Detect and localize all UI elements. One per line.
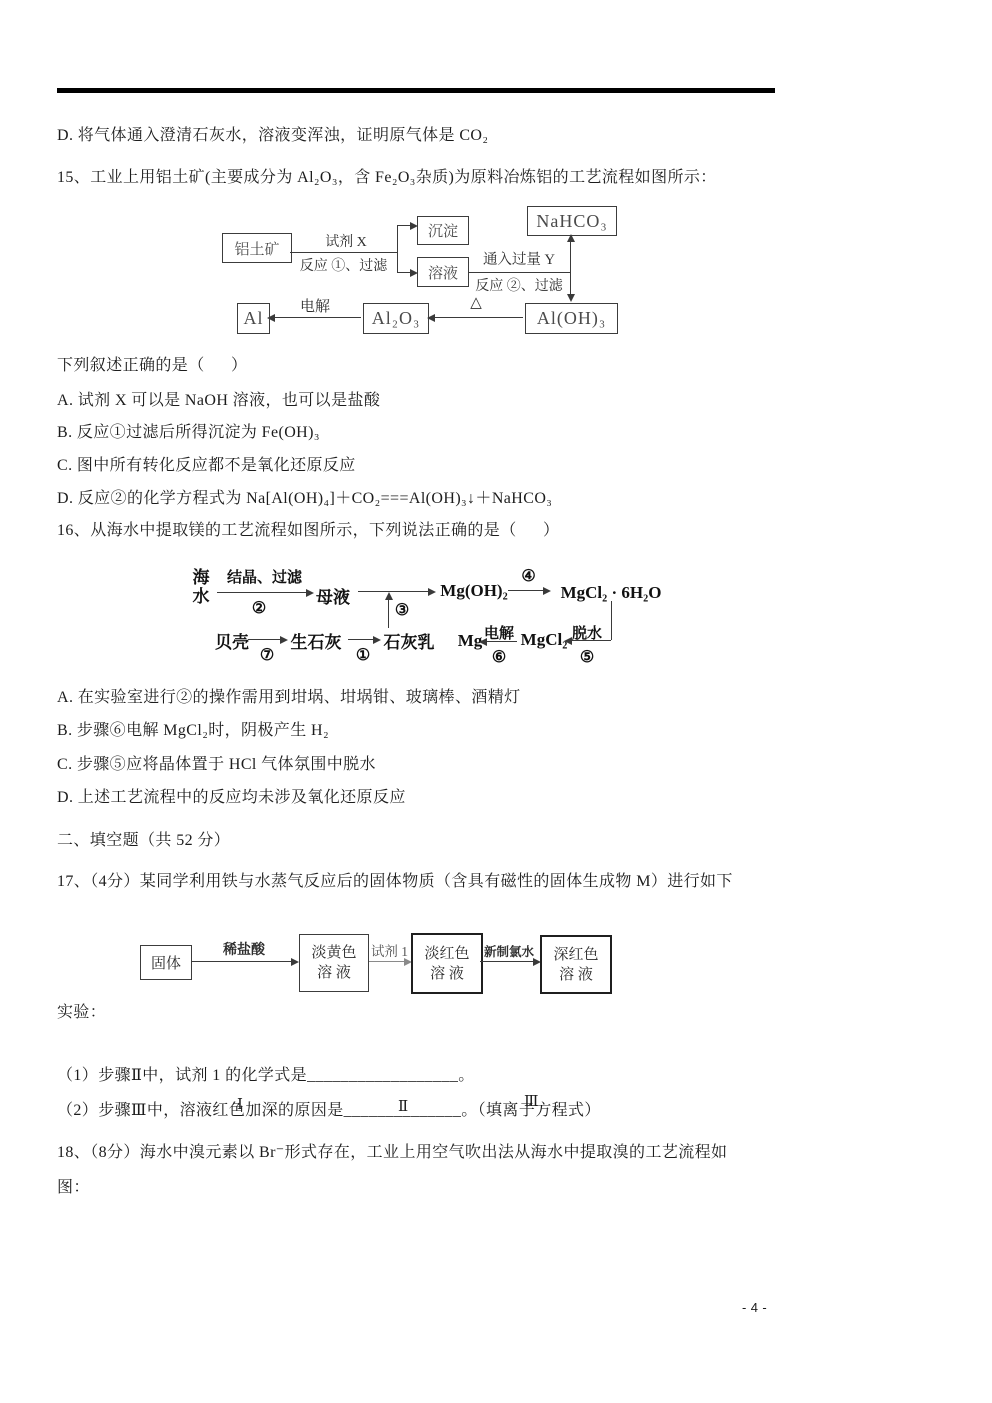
q16-lime-milk: 石灰乳 bbox=[380, 628, 438, 653]
q16-option-c: C. 步骤⑤应将晶体置于 HCl 气体氛围中脱水 bbox=[57, 755, 376, 775]
q14-option-d: D. 将气体通入澄清石灰水，溶液变浑浊，证明原气体是 CO₂ bbox=[57, 126, 488, 146]
q15-diagram: 铝土矿 试剂 X 反应 ①、过滤 沉淀 溶液 通入过量 Y 反应 ②、过滤 Na… bbox=[220, 203, 640, 343]
q15-stem: 15、工业上用铝土矿(主要成分为 Al₂O₃，含 Fe₂O₃杂质)为原料冶炼铝的… bbox=[57, 168, 717, 188]
q17-blank2: （2）步骤Ⅲ中，溶液红色加深的原因是______________。（填离子方程式… bbox=[57, 1101, 601, 1121]
q15-reagent-x-label: 试剂 X bbox=[295, 231, 397, 251]
q15-reaction1-line bbox=[290, 252, 397, 253]
q16-diagram: 海 水 结晶、过滤 ② 母液 ③ Mg(OH)₂ ④ MgCl₂ · 6H₂O … bbox=[190, 565, 680, 675]
q15-branch-line bbox=[397, 225, 398, 272]
q16-elbow-vline bbox=[611, 601, 612, 640]
q17-solid-box: 固体 bbox=[140, 945, 192, 980]
section2-heading: 二、填空题（共 52 分） bbox=[57, 831, 230, 851]
exam-page: D. 将气体通入澄清石灰水，溶液变浑浊，证明原气体是 CO₂ 15、工业上用铝土… bbox=[0, 0, 992, 1403]
q16-arrow-step6 bbox=[481, 641, 517, 642]
q15-bauxite-box: 铝土矿 bbox=[222, 233, 292, 263]
q16-step5: ⑤ bbox=[569, 647, 605, 667]
q17-arrow-dilute-hcl bbox=[191, 961, 297, 962]
q16-arrow-step5 bbox=[566, 640, 611, 641]
q17-deep-red-box: 深红色 溶 液 bbox=[540, 935, 612, 994]
q16-mother-liquor: 母液 bbox=[313, 583, 353, 608]
q16-step1: ① bbox=[345, 645, 381, 665]
q16-arrow-step3 bbox=[388, 594, 389, 628]
q15-reaction2-label: 反应 ②、过滤 bbox=[468, 275, 570, 295]
q16-mgcl2: MgCl₂ bbox=[518, 630, 570, 650]
q16-option-b: B. 步骤⑥电解 MgCl₂时，阴极产生 H₂ bbox=[57, 721, 329, 741]
q15-option-c: C. 图中所有转化反应都不是氧化还原反应 bbox=[57, 456, 356, 476]
q16-arrow-step7 bbox=[248, 639, 286, 640]
q16-crystallize-filter-label: 结晶、过滤 bbox=[217, 566, 312, 587]
q16-arrow-to-mgoh2 bbox=[358, 591, 434, 592]
q16-arrow-step2 bbox=[217, 592, 312, 593]
q16-shells: 贝壳 bbox=[213, 628, 251, 653]
q15-solution-box: 溶液 bbox=[417, 257, 469, 287]
q16-step3: ③ bbox=[390, 600, 414, 620]
q16-stem: 16、从海水中提取镁的工艺流程如图所示，下列说法正确的是（ ） bbox=[57, 521, 559, 541]
q15-arrow-to-solution bbox=[397, 272, 416, 273]
q17-fresh-chlorine-label: 新制氯水 bbox=[478, 942, 540, 960]
q16-arrow-step1 bbox=[348, 639, 379, 640]
q17-light-yellow-box: 淡黄色 溶 液 bbox=[299, 934, 369, 992]
q15-precipitate-box: 沉淀 bbox=[417, 216, 469, 245]
q17-stem: 17、（4分）某同学利用铁与水蒸气反应后的固体物质（含具有磁性的固体生成物 M）… bbox=[57, 872, 733, 892]
q15-prompt: 下列叙述正确的是（ ） bbox=[57, 356, 247, 376]
q15-vertical-double-arrow bbox=[570, 236, 571, 300]
q15-arrow-to-precipitate bbox=[397, 225, 416, 226]
q15-al-box: Al bbox=[237, 303, 270, 334]
q16-option-d: D. 上述工艺流程中的反应均未涉及氧化还原反应 bbox=[57, 788, 406, 808]
q16-step2: ② bbox=[248, 598, 270, 618]
q17-blank1: （1）步骤Ⅱ中，试剂 1 的化学式是__________________。 bbox=[57, 1066, 475, 1086]
q15-reaction1-label: 反应 ①、过滤 bbox=[290, 255, 397, 275]
q15-pass-excess-y-label: 通入过量 Y bbox=[468, 248, 570, 269]
q17-experiment-label: 实验： bbox=[57, 1003, 106, 1023]
q15-nahco3-box: NaHCO₃ bbox=[527, 206, 617, 236]
q16-step7: ⑦ bbox=[248, 645, 286, 665]
q15-delta-label: △ bbox=[429, 293, 523, 312]
q15-reaction2-line bbox=[468, 272, 570, 273]
q18-stem-line2: 图： bbox=[57, 1178, 90, 1198]
q17-arrow-fresh-chlorine bbox=[480, 961, 539, 962]
q16-arrow-step4 bbox=[508, 590, 549, 591]
q16-seawater: 海 水 bbox=[190, 568, 212, 606]
q16-option-a: A. 在实验室进行②的操作需用到坩埚、坩埚钳、玻璃棒、酒精灯 bbox=[57, 688, 521, 708]
q15-arrow-al2o3-al bbox=[269, 317, 361, 318]
q16-quicklime: 生石灰 bbox=[287, 628, 345, 653]
q17-dilute-hcl-label: 稀盐酸 bbox=[191, 939, 297, 959]
q15-arrow-aloh3-al2o3 bbox=[429, 317, 523, 318]
q16-mgoh2: Mg(OH)₂ bbox=[438, 581, 510, 601]
q15-option-d: D. 反应②的化学方程式为 Na[Al(OH)₄]＋CO₂===Al(OH)₃↓… bbox=[57, 489, 552, 509]
q16-step6: ⑥ bbox=[481, 647, 517, 667]
q15-aloh3-box: Al(OH)₃ bbox=[525, 303, 618, 334]
page-number: - 4 - bbox=[742, 1298, 767, 1318]
q15-option-b: B. 反应①过滤后所得沉淀为 Fe(OH)₃ bbox=[57, 423, 320, 443]
q15-electrolysis-label: 电解 bbox=[269, 295, 361, 316]
q15-al2o3-box: Al₂O₃ bbox=[363, 303, 429, 334]
q15-option-a: A. 试剂 X 可以是 NaOH 溶液，也可以是盐酸 bbox=[57, 391, 380, 411]
q17-light-red-box: 淡红色 溶 液 bbox=[411, 933, 483, 994]
q17-diagram: 固体 稀盐酸 淡黄色 溶 液 试剂 1 淡红色 溶 液 新制氯水 深红色 溶 液 bbox=[138, 932, 618, 994]
q18-stem-line1: 18、（8分）海水中溴元素以 Br⁻形式存在，工业上用空气吹出法从海水中提取溴的… bbox=[57, 1143, 727, 1163]
q16-step4: ④ bbox=[508, 566, 549, 586]
q16-mgcl2-hydrate: MgCl₂ · 6H₂O bbox=[551, 583, 671, 603]
q17-arrow-reagent1 bbox=[369, 961, 410, 962]
header-rule bbox=[57, 88, 775, 93]
